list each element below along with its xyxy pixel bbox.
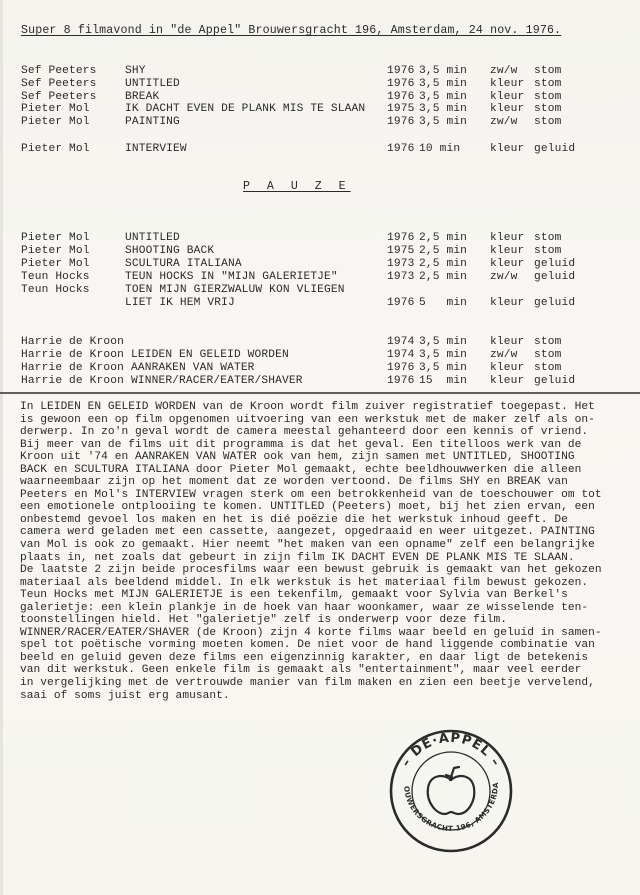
film-duration: 10 min	[419, 143, 460, 156]
film-year: 1973	[387, 271, 414, 284]
text-line: Teun Hocks met MIJN GALERIETJE is een te…	[20, 589, 635, 602]
film-year: 1974	[387, 349, 414, 362]
film-sound: stom	[534, 65, 561, 78]
film-title: PAINTING	[125, 116, 180, 129]
film-year: 1974	[387, 336, 414, 349]
film-duration: 3,5 min	[419, 65, 467, 78]
text-line: beeld en geluid geven deze films een eig…	[20, 652, 635, 665]
film-color: zw/w	[490, 349, 517, 362]
document-title: Super 8 filmavond in "de Appel" Brouwers…	[21, 24, 561, 37]
film-sound: geluid	[534, 271, 575, 284]
text-line: toonstellingen hield. Het "galerietje" z…	[20, 614, 635, 627]
text-line: De laatste 2 zijn beide procesfilms waar…	[20, 564, 635, 577]
film-duration: 5 min	[419, 297, 467, 310]
film-title: TEUN HOCKS IN "MIJN GALERIETJE"	[125, 271, 338, 284]
artist-name: Pieter Mol	[21, 232, 90, 245]
film-title: SHY	[125, 65, 146, 78]
artist-name: Pieter Mol	[21, 245, 90, 258]
film-title: INTERVIEW	[125, 143, 187, 156]
film-duration: 2,5 min	[419, 258, 467, 271]
artist-name: Teun Hocks	[21, 284, 90, 297]
text-line: is gewoon een op film opgenomen uitvoeri…	[20, 414, 635, 427]
artist-name: Teun Hocks	[21, 271, 90, 284]
film-sound: stom	[534, 362, 561, 375]
text-line: van Mol is ook zo gemaakt. Hier neemt "h…	[20, 539, 635, 552]
text-line: Peeters en Mol's INTERVIEW vragen sterk …	[20, 489, 635, 502]
film-year: 1975	[387, 103, 414, 116]
artist-name: Pieter Mol	[21, 143, 90, 156]
text-line: waarneembaar zijn op het moment dat ze w…	[20, 476, 635, 489]
text-line: spel tot poëtische vorming moeten komen.…	[20, 639, 635, 652]
film-year: 1976	[387, 232, 414, 245]
film-year: 1976	[387, 78, 414, 91]
film-color: kleur	[490, 297, 524, 310]
artist-name: Harrie de Kroon	[21, 362, 124, 375]
film-color: kleur	[490, 258, 524, 271]
text-line: van dit werkstuk. Geen enkele film is ge…	[20, 664, 635, 677]
text-line: Bij meer van de films uit dit programma …	[20, 439, 635, 452]
film-title: LEIDEN EN GELEID WORDEN	[131, 349, 289, 362]
film-sound: geluid	[534, 375, 575, 388]
text-line: BACK en SCULTURA ITALIANA door Pieter Mo…	[20, 464, 635, 477]
film-title: TOEN MIJN GIERZWALUW KON VLIEGEN	[125, 284, 345, 297]
text-line: derwerp. In zo'n geval wordt de camera m…	[20, 426, 635, 439]
text-line: galerietje: een klein plankje in de hoek…	[20, 602, 635, 615]
text-line: materiaal als beeldend middel. In elk we…	[20, 577, 635, 590]
film-color: zw/w	[490, 65, 517, 78]
film-sound: stom	[534, 116, 561, 129]
film-year: 1976	[387, 116, 414, 129]
artist-name: Pieter Mol	[21, 258, 90, 271]
text-line: Kroon uit '74 en AANRAKEN VAN WATER ook …	[20, 451, 635, 464]
film-duration: 2,5 min	[419, 232, 467, 245]
film-color: kleur	[490, 78, 524, 91]
artist-name: Pieter Mol	[21, 103, 90, 116]
film-color: kleur	[490, 336, 524, 349]
text-line: saai of soms juist erg amusant.	[20, 690, 635, 703]
film-sound: stom	[534, 245, 561, 258]
film-color: kleur	[490, 375, 524, 388]
artist-name: Sef Peeters	[21, 65, 97, 78]
text-line: in vergelijking met de vertrouwde manier…	[20, 677, 635, 690]
film-color: zw/w	[490, 116, 517, 129]
film-duration: 15 min	[419, 375, 467, 388]
text-line: een emotionele ontplooiing te komen. UNT…	[20, 501, 635, 514]
artist-name: Harrie de Kroon	[21, 375, 124, 388]
de-appel-stamp: – DE·APPEL – BROUWERSGRACHT 196, AMSTERD…	[388, 728, 514, 854]
film-title: SCULTURA ITALIANA	[125, 258, 242, 271]
film-color: kleur	[490, 232, 524, 245]
film-sound: geluid	[534, 258, 575, 271]
film-year: 1976	[387, 143, 414, 156]
film-duration: 3,5 min	[419, 336, 467, 349]
film-sound: stom	[534, 78, 561, 91]
film-duration: 3,5 min	[419, 103, 467, 116]
film-duration: 3,5 min	[419, 78, 467, 91]
film-sound: stom	[534, 103, 561, 116]
svg-text:– DE·APPEL –: – DE·APPEL –	[399, 731, 504, 770]
film-duration: 3,5 min	[419, 116, 467, 129]
apple-icon	[428, 767, 475, 814]
text-line: camera werd geladen met een cassette, aa…	[20, 526, 635, 539]
film-color: kleur	[490, 245, 524, 258]
film-year: 1976	[387, 375, 414, 388]
film-sound: stom	[534, 232, 561, 245]
film-year: 1976	[387, 297, 414, 310]
film-title: UNTITLED	[125, 78, 180, 91]
document-page: Super 8 filmavond in "de Appel" Brouwers…	[0, 0, 640, 895]
film-duration: 2,5 min	[419, 245, 467, 258]
film-duration: 3,5 min	[419, 349, 467, 362]
film-year: 1975	[387, 245, 414, 258]
intermission-heading: P A U Z E	[243, 180, 351, 193]
page-edge	[0, 0, 3, 895]
artist-name: Sef Peeters	[21, 78, 97, 91]
film-year: 1976	[387, 65, 414, 78]
film-duration: 3,5 min	[419, 362, 467, 375]
film-title: AANRAKEN VAN WATER	[131, 362, 255, 375]
film-title-line2: LIET IK HEM VRIJ	[125, 297, 235, 310]
section-divider	[0, 392, 640, 394]
film-sound: stom	[534, 349, 561, 362]
film-title: IK DACHT EVEN DE PLANK MIS TE SLAAN	[125, 103, 365, 116]
film-sound: geluid	[534, 143, 575, 156]
film-color: kleur	[490, 143, 524, 156]
commentary-text: In LEIDEN EN GELEID WORDEN van de Kroon …	[20, 401, 635, 702]
film-title: SHOOTING BACK	[125, 245, 214, 258]
film-title: UNTITLED	[125, 232, 180, 245]
film-color: kleur	[490, 103, 524, 116]
artist-name: Pieter Mol	[21, 116, 90, 129]
artist-name: Harrie de Kroon	[21, 349, 124, 362]
text-line: onbestemd gevoel los maken en het is dié…	[20, 514, 635, 527]
text-line: In LEIDEN EN GELEID WORDEN van de Kroon …	[20, 401, 635, 414]
film-color: kleur	[490, 362, 524, 375]
film-duration: 2,5 min	[419, 271, 467, 284]
text-line: plaats in, net zoals dat gebeurt in zijn…	[20, 552, 635, 565]
text-line: WINNER/RACER/EATER/SHAVER (de Kroon) zij…	[20, 627, 635, 640]
film-sound: geluid	[534, 297, 575, 310]
film-year: 1976	[387, 362, 414, 375]
film-color: zw/w	[490, 271, 517, 284]
film-year: 1973	[387, 258, 414, 271]
film-title: WINNER/RACER/EATER/SHAVER	[131, 375, 303, 388]
film-sound: stom	[534, 336, 561, 349]
artist-name: Harrie de Kroon	[21, 336, 124, 349]
